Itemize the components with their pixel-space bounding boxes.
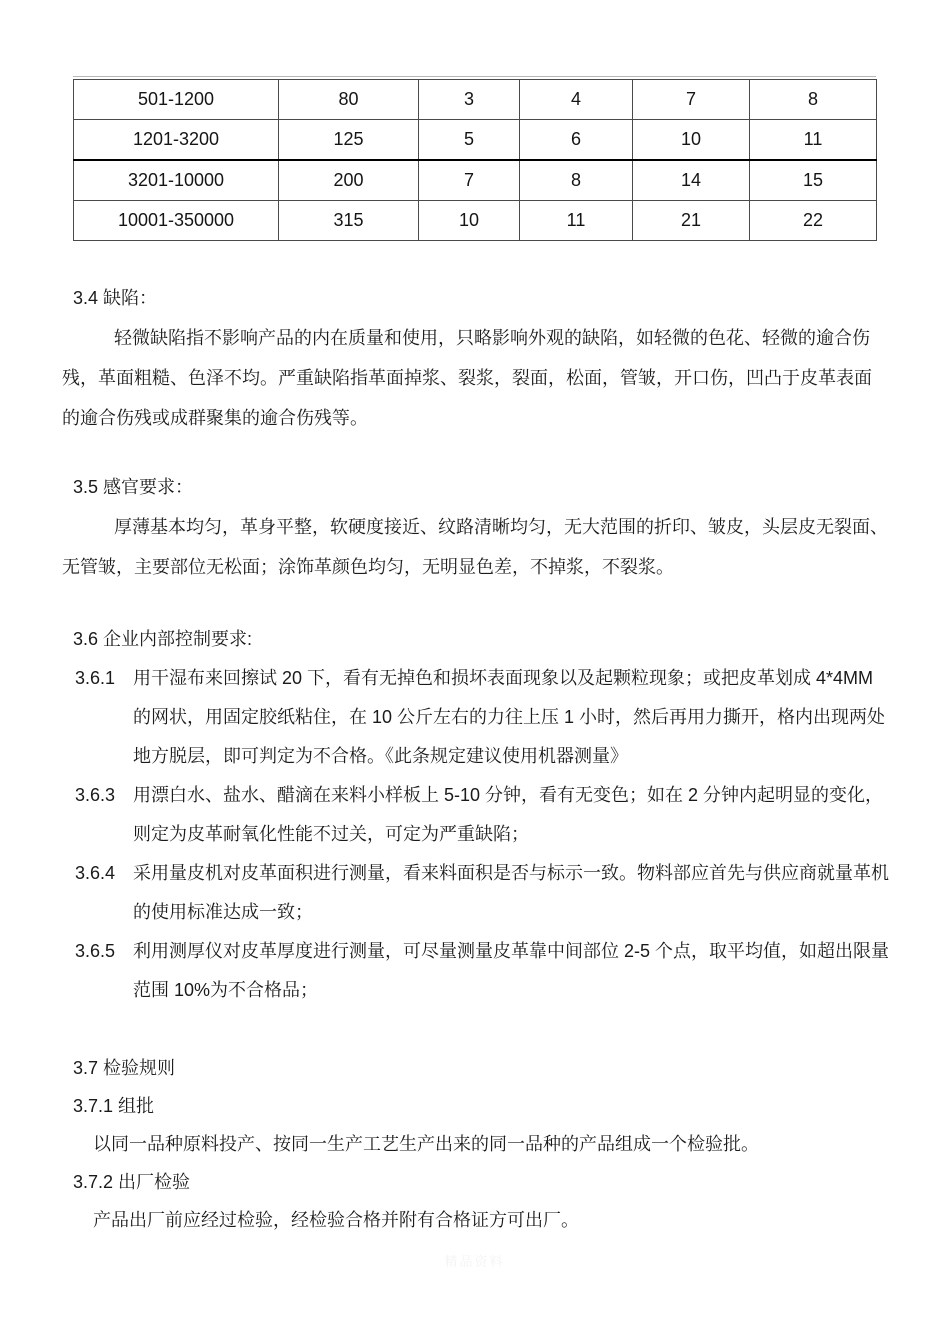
table-row: 10001-350000 315 10 11 21 22 bbox=[74, 201, 877, 241]
table-cell: 14 bbox=[633, 160, 750, 201]
table-cell: 4 bbox=[520, 80, 633, 120]
control-item-363: 3.6.3 用漂白水、盐水、醋滴在来料小样板上 5-10 分钟，看有无变色；如在… bbox=[62, 776, 889, 854]
table-cell: 5 bbox=[419, 120, 520, 161]
table-cell: 501-1200 bbox=[74, 80, 279, 120]
control-item-361: 3.6.1 用干湿布来回擦试 20 下，看有无掉色和损坏表面现象以及起颗粒现象；… bbox=[62, 659, 889, 776]
table-row: 3201-10000 200 7 8 14 15 bbox=[74, 160, 877, 201]
table-cell: 22 bbox=[750, 201, 877, 241]
table-cell: 7 bbox=[633, 80, 750, 120]
table-cell: 80 bbox=[279, 80, 419, 120]
table-cell: 15 bbox=[750, 160, 877, 201]
section-inspection-rules-heading: 3.7 检验规则 bbox=[62, 1049, 889, 1087]
table-cell: 125 bbox=[279, 120, 419, 161]
section-defects-heading: 3.4 缺陷： bbox=[62, 278, 889, 318]
item-text: 采用量皮机对皮革面积进行测量，看来料面积是否与标示一致。物料部应首先与供应商就量… bbox=[133, 854, 889, 932]
item-number: 3.6.1 bbox=[75, 659, 133, 776]
batch-body: 以同一品种原料投产、按同一生产工艺生产出来的同一品种的产品组成一个检验批。 bbox=[62, 1125, 889, 1163]
table-cell: 6 bbox=[520, 120, 633, 161]
table-cell: 3201-10000 bbox=[74, 160, 279, 201]
factory-inspection-body: 产品出厂前应经过检验，经检验合格并附有合格证方可出厂。 bbox=[62, 1201, 889, 1239]
item-text: 用漂白水、盐水、醋滴在来料小样板上 5-10 分钟，看有无变色；如在 2 分钟内… bbox=[133, 776, 889, 854]
section-sensory-heading: 3.5 感官要求： bbox=[62, 467, 889, 507]
section-internal-control: 3.6 企业内部控制要求: 3.6.1 用干湿布来回擦试 20 下，看有无掉色和… bbox=[62, 620, 889, 1010]
section-sensory: 3.5 感官要求： 厚薄基本均匀，革身平整，软硬度接近、纹路清晰均匀，无大范围的… bbox=[62, 467, 889, 587]
table-cell: 11 bbox=[750, 120, 877, 161]
table-cell: 8 bbox=[520, 160, 633, 201]
section-inspection-rules: 3.7 检验规则 3.7.1 组批 以同一品种原料投产、按同一生产工艺生产出来的… bbox=[62, 1049, 889, 1239]
table-cell: 10 bbox=[633, 120, 750, 161]
table-cell: 7 bbox=[419, 160, 520, 201]
control-item-364: 3.6.4 采用量皮机对皮革面积进行测量，看来料面积是否与标示一致。物料部应首先… bbox=[62, 854, 889, 932]
table-row: 501-1200 80 3 4 7 8 bbox=[74, 80, 877, 120]
table-cell: 315 bbox=[279, 201, 419, 241]
table-cell: 21 bbox=[633, 201, 750, 241]
table-cell: 3 bbox=[419, 80, 520, 120]
table-cell: 10001-350000 bbox=[74, 201, 279, 241]
item-text: 用干湿布来回擦试 20 下，看有无掉色和损坏表面现象以及起颗粒现象；或把皮革划成… bbox=[133, 659, 889, 776]
section-defects-body: 轻微缺陷指不影响产品的内在质量和使用，只略影响外观的缺陷，如轻微的色花、轻微的逾… bbox=[62, 318, 889, 438]
table-top-rule bbox=[73, 76, 876, 77]
section-internal-control-heading: 3.6 企业内部控制要求: bbox=[62, 620, 889, 659]
item-text: 利用测厚仪对皮革厚度进行测量，可尽量测量皮革靠中间部位 2-5 个点，取平均值，… bbox=[133, 932, 889, 1010]
table-cell: 10 bbox=[419, 201, 520, 241]
factory-inspection-heading: 3.7.2 出厂检验 bbox=[62, 1163, 889, 1201]
watermark-text: 精品资料 bbox=[73, 1251, 876, 1270]
batch-heading: 3.7.1 组批 bbox=[62, 1087, 889, 1125]
document-page: 501-1200 80 3 4 7 8 1201-3200 125 5 6 10… bbox=[0, 0, 950, 1344]
control-item-365: 3.6.5 利用测厚仪对皮革厚度进行测量，可尽量测量皮革靠中间部位 2-5 个点… bbox=[62, 932, 889, 1010]
sampling-table: 501-1200 80 3 4 7 8 1201-3200 125 5 6 10… bbox=[73, 79, 877, 241]
item-number: 3.6.4 bbox=[75, 854, 133, 932]
table-row: 1201-3200 125 5 6 10 11 bbox=[74, 120, 877, 161]
section-defects: 3.4 缺陷： 轻微缺陷指不影响产品的内在质量和使用，只略影响外观的缺陷，如轻微… bbox=[62, 278, 889, 438]
item-number: 3.6.3 bbox=[75, 776, 133, 854]
section-sensory-body: 厚薄基本均匀，革身平整，软硬度接近、纹路清晰均匀，无大范围的折印、皱皮，头层皮无… bbox=[62, 507, 889, 587]
table-cell: 11 bbox=[520, 201, 633, 241]
table-cell: 1201-3200 bbox=[74, 120, 279, 161]
table-cell: 200 bbox=[279, 160, 419, 201]
table-cell: 8 bbox=[750, 80, 877, 120]
item-number: 3.6.5 bbox=[75, 932, 133, 1010]
